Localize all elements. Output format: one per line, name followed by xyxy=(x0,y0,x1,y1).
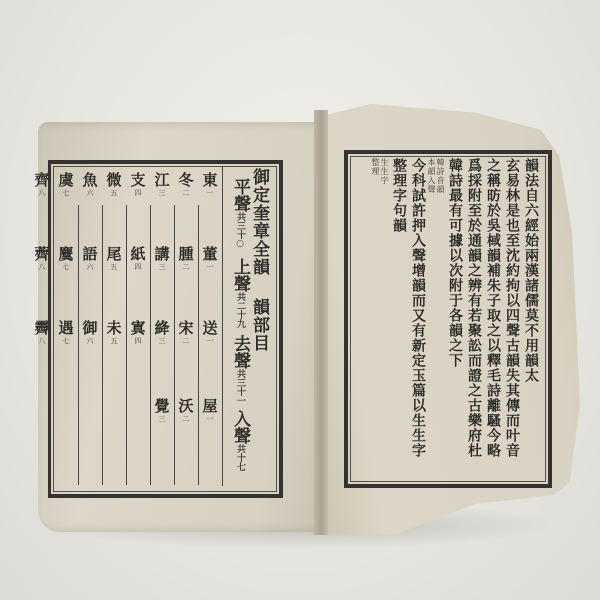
column-rule xyxy=(150,205,151,485)
rhyme-cell: 講三 xyxy=(150,246,174,291)
rhyme-cell: 虞七 xyxy=(54,172,78,217)
column-rule xyxy=(198,205,199,485)
annotation: 本韻入聲 xyxy=(427,158,436,474)
rhyme-cell: 江三 xyxy=(150,172,174,217)
book-spine xyxy=(314,110,328,535)
annotation: 韓詩音韻 xyxy=(436,158,445,474)
rhyme-cell: 沃二 xyxy=(174,398,198,443)
rhyme-cell: 紙四 xyxy=(126,246,150,291)
tone-heading-ping: 平聲共三十○ xyxy=(228,178,253,249)
rhyme-cell: 尾五 xyxy=(102,246,126,291)
rhyme-cell: 麌七 xyxy=(54,246,78,291)
preface-text: 韻法自六經始兩漢諸儒莫不用韻太 玄易林是也至沈約拘以四聲古韻失其傳而叶音 之稱昉… xyxy=(350,158,540,474)
column-rule xyxy=(78,205,79,485)
rhyme-cell: 魚六 xyxy=(78,172,102,217)
column-rule xyxy=(222,166,223,486)
text-line: 韻法自六經始兩漢諸儒莫不用韻太 xyxy=(521,158,540,474)
rhyme-cell: 屋一 xyxy=(198,398,222,443)
tone-heading-shang: 上聲共二十九 xyxy=(228,258,253,328)
rhyme-cell: 遇七 xyxy=(54,320,78,365)
tone-heading-qu: 去聲共三十一 xyxy=(228,335,253,405)
rhyme-cell: 絳三 xyxy=(150,320,174,365)
text-line: 爲採附至於通韻之辨有若聚訟而證之古樂府杜 xyxy=(464,158,483,474)
rhyme-cell: 支四 xyxy=(126,172,150,217)
column-rule xyxy=(126,205,127,485)
annotation: 生生字 xyxy=(380,158,389,474)
rhyme-cell: 薺八 xyxy=(30,246,54,291)
column-rule xyxy=(102,205,103,485)
rhyme-cell: 霽八 xyxy=(30,320,54,365)
rhyme-cell: 腫二 xyxy=(174,246,198,291)
tone-heading-ru: 入聲共十七 xyxy=(228,410,253,471)
rhyme-cell: 宋二 xyxy=(174,320,198,365)
rhyme-cell: 東一 xyxy=(198,172,222,217)
text-line: 之稱昉於吳棫韻補朱子取之以釋毛詩離騷今略 xyxy=(483,158,502,474)
column-rule xyxy=(174,205,175,485)
rhyme-cell: 冬二 xyxy=(174,172,198,217)
rhyme-cell: 董一 xyxy=(198,246,222,291)
text-line: 玄易林是也至沈約拘以四聲古韻失其傳而叶音 xyxy=(502,158,521,474)
rhyme-cell: 送一 xyxy=(198,320,222,365)
rhyme-cell: 寘四 xyxy=(126,320,150,365)
left-page-title: 御定奎章全韻 韻部目 xyxy=(250,168,272,352)
rhyme-cell: 微五 xyxy=(102,172,126,217)
rhyme-cell: 御六 xyxy=(78,320,102,365)
text-line: 韓詩最有可據以次附于各韻之下 xyxy=(445,158,464,474)
rhyme-cell: 語六 xyxy=(78,246,102,291)
rhyme-cell: 齊八 xyxy=(30,172,54,217)
rhyme-cell: 覺三 xyxy=(150,398,174,443)
text-line: 今科試許押入聲增韻而又有新定玉篇以生生字 xyxy=(408,158,427,474)
annotation: 整理 xyxy=(371,158,380,474)
rhyme-cell: 未五 xyxy=(102,320,126,365)
text-line: 整理字句韻 xyxy=(389,158,408,474)
